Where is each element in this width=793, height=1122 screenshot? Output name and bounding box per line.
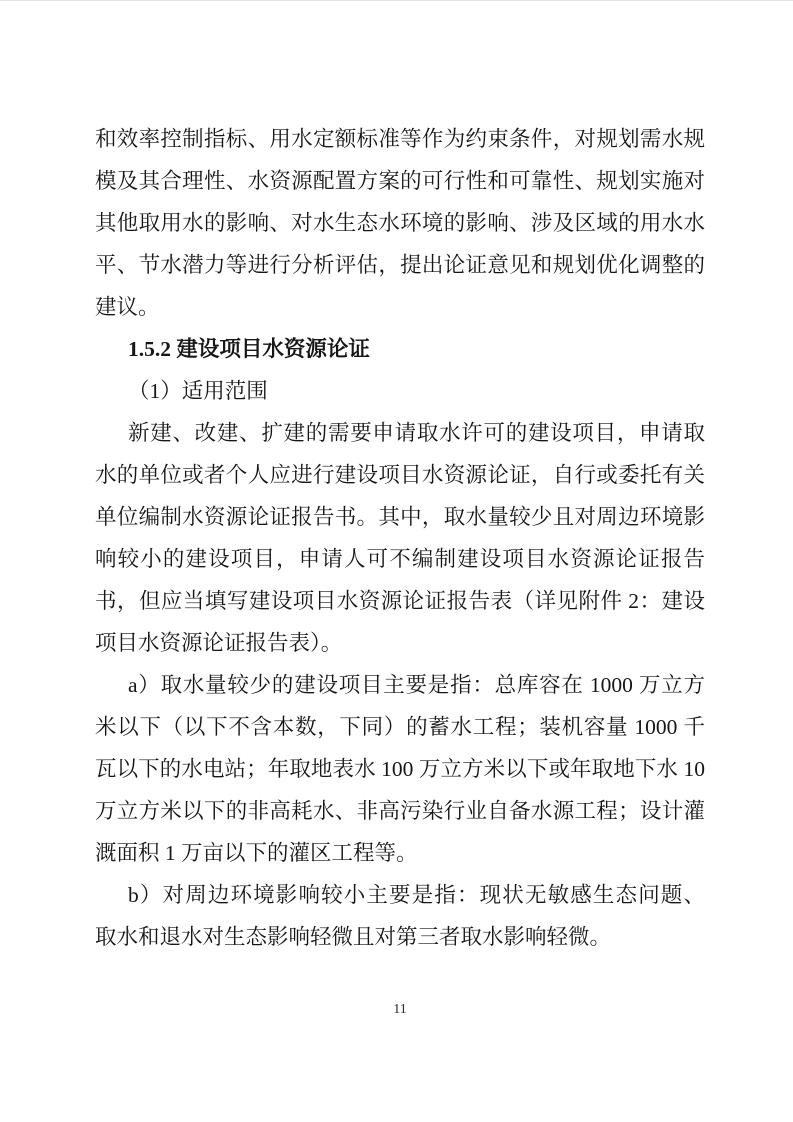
- paragraph-line: 其他取用水的影响、对水生态水环境的影响、涉及区域的用水水: [95, 202, 705, 244]
- section-heading: 1.5.2 建设项目水资源论证: [95, 328, 705, 370]
- page-number: 11: [95, 1000, 705, 1020]
- paragraph-line: 书，但应当填写建设项目水资源论证报告表（详见附件 2：建设: [95, 580, 705, 622]
- paragraph-line: 响较小的建设项目，申请人可不编制建设项目水资源论证报告: [95, 538, 705, 580]
- paragraph-line: 平、节水潜力等进行分析评估，提出论证意见和规划优化调整的: [95, 244, 705, 286]
- page-top-edge-line: [0, 0, 793, 1]
- paragraph-line-last: 项目水资源论证报告表）。: [95, 622, 705, 664]
- paragraph-line: 和效率控制指标、用水定额标准等作为约束条件，对规划需水规: [95, 118, 705, 160]
- paragraph-line: 水的单位或者个人应进行建设项目水资源论证，自行或委托有关: [95, 454, 705, 496]
- paragraph-line: 单位编制水资源论证报告书。其中，取水量较少且对周边环境影: [95, 496, 705, 538]
- paragraph-line-last: 建议。: [95, 286, 705, 328]
- list-item-a-line: 万立方米以下的非高耗水、非高污染行业自备水源工程；设计灌: [95, 790, 705, 832]
- document-content: 和效率控制指标、用水定额标准等作为约束条件，对规划需水规 模及其合理性、水资源配…: [95, 118, 705, 958]
- list-item-b-line-first: b）对周边环境影响较小主要是指：现状无敏感生态问题、: [95, 874, 705, 916]
- paragraph-line: 模及其合理性、水资源配置方案的可行性和可靠性、规划实施对: [95, 160, 705, 202]
- document-page: 和效率控制指标、用水定额标准等作为约束条件，对规划需水规 模及其合理性、水资源配…: [0, 0, 793, 1122]
- paragraph-line-first: 新建、改建、扩建的需要申请取水许可的建设项目，申请取: [95, 412, 705, 454]
- list-item-a-line: 瓦以下的水电站；年取地表水 100 万立方米以下或年取地下水 10: [95, 748, 705, 790]
- sub-heading-scope: （1）适用范围: [95, 370, 705, 412]
- list-item-b-line-last: 取水和退水对生态影响轻微且对第三者取水影响轻微。: [95, 916, 705, 958]
- list-item-a-line: 米以下（以下不含本数，下同）的蓄水工程；装机容量 1000 千: [95, 706, 705, 748]
- list-item-a-line-last: 溉面积 1 万亩以下的灌区工程等。: [95, 832, 705, 874]
- list-item-a-line-first: a）取水量较少的建设项目主要是指：总库容在 1000 万立方: [95, 664, 705, 706]
